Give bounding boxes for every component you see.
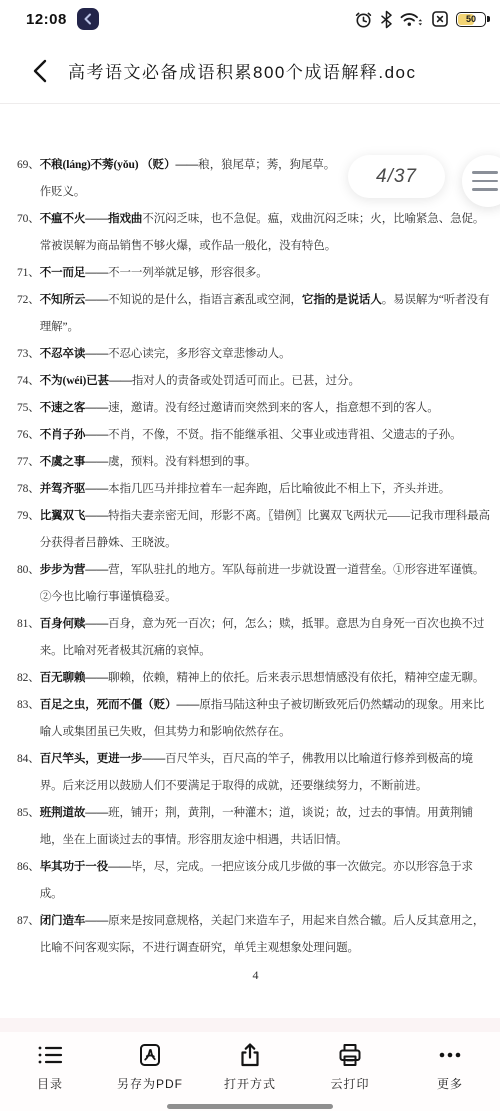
entry-text: 不知所云——不知说的是什么，指语言紊乱或空洞，它指的是说话人。易误解为“听者没有… (40, 287, 494, 341)
toolbar-label: 目录 (37, 1075, 63, 1092)
entry-text: 百足之虫，死而不僵（贬）——原指马陆这种虫子被切断致死后仍然蠕动的现象。用来比喻… (40, 692, 494, 746)
back-chevron-icon (31, 58, 48, 84)
clock-time: 12:08 (26, 11, 67, 28)
toolbar-item-save-as-pdf[interactable]: 另存为PDF (100, 1040, 200, 1092)
idiom-entry: 72、不知所云——不知说的是什么，指语言紊乱或空洞，它指的是说话人。易误解为“听… (17, 287, 494, 341)
app-badge-chevron-icon (77, 8, 99, 30)
toolbar-label: 另存为PDF (117, 1075, 183, 1092)
entry-text: 步步为营——营，军队驻扎的地方。军队每前进一步就设置一道营垒。①形容进军谨慎。②… (40, 557, 494, 611)
entry-number: 78、 (17, 476, 40, 503)
idiom-entry: 80、步步为营——营，军队驻扎的地方。军队每前进一步就设置一道营垒。①形容进军谨… (17, 557, 494, 611)
toolbar-label: 云打印 (330, 1075, 369, 1092)
idiom-entry: 70、不瘟不火——指戏曲不沉闷乏味，也不急促。瘟，戏曲沉闷乏味；火，比喻紧急、急… (17, 206, 494, 260)
entry-number: 77、 (17, 449, 40, 476)
entry-number: 86、 (17, 854, 40, 881)
open-with-icon (235, 1040, 265, 1070)
entry-number: 75、 (17, 395, 40, 422)
entry-text: 并驾齐驱——本指几匹马并排拉着车一起奔跑，后比喻彼此不相上下，齐头并进。 (40, 476, 494, 503)
idiom-entry: 82、百无聊赖——聊赖，依赖，精神上的依托。后来表示思想情感没有依托，精神空虚无… (17, 665, 494, 692)
idiom-entry: 71、不一而足——不一一列举就足够，形容很多。 (17, 260, 494, 287)
page-number: 4 (17, 968, 494, 983)
battery-percent: 50 (457, 13, 485, 26)
battery-icon: 50 (456, 12, 486, 27)
idiom-entry: 77、不虞之事——虞，预料。没有料想到的事。 (17, 449, 494, 476)
entry-text: 闭门造车——原来是按同意规格，关起门来造车子，用起来自然合辙。后人反其意用之，比… (40, 908, 494, 962)
idiom-entry: 83、百足之虫，死而不僵（贬）——原指马陆这种虫子被切断致死后仍然蠕动的现象。用… (17, 692, 494, 746)
entry-text: 百尺竿头，更进一步——百尺竿头，百尺高的竿子，佛教用以比喻道行修养到极高的境界。… (40, 746, 494, 800)
entry-number: 76、 (17, 422, 40, 449)
entries: 69、不稂(láng)不莠(yǒu) （贬）——稂，狼尾草；莠，狗尾草。没有作贬… (17, 152, 494, 962)
more-icon (435, 1040, 465, 1070)
entry-number: 71、 (17, 260, 40, 287)
entry-text: 百无聊赖——聊赖，依赖，精神上的依托。后来表示思想情感没有依托，精神空虚无聊。 (40, 665, 494, 692)
entry-text: 百身何赎——百身，意为死一百次；何，怎么；赎，抵罪。意思为自身死一百次也换不过来… (40, 611, 494, 665)
toolbar-item-open-with[interactable]: 打开方式 (200, 1040, 300, 1092)
entry-number: 80、 (17, 557, 40, 584)
entry-number: 82、 (17, 665, 40, 692)
idiom-entry: 78、并驾齐驱——本指几匹马并排拉着车一起奔跑，后比喻彼此不相上下，齐头并进。 (17, 476, 494, 503)
toc-icon (35, 1040, 65, 1070)
toolbar-top-band (0, 1018, 500, 1032)
idiom-entry: 76、不肖子孙——不肖，不像，不贤。指不能继承祖、父事业或违背祖、父遗志的子孙。 (17, 422, 494, 449)
idiom-entry: 73、不忍卒读——不忍心读完，多形容文章悲惨动人。 (17, 341, 494, 368)
toolbar-label: 更多 (437, 1075, 463, 1092)
cloud-print-icon (335, 1040, 365, 1070)
back-button[interactable] (26, 54, 52, 88)
entry-text: 比翼双飞——特指夫妻亲密无间，形影不离。〖错例〗比翼双飞两状元——记我市理科最高… (40, 503, 494, 557)
idiom-entry: 86、毕其功于一役——毕，尽，完成。一把应该分成几步做的事一次做完。亦以形容急于… (17, 854, 494, 908)
entry-number: 84、 (17, 746, 40, 773)
entry-text: 不忍卒读——不忍心读完，多形容文章悲惨动人。 (40, 341, 494, 368)
idiom-entry: 74、不为(wéi)已甚——指对人的责备或处罚适可而止。已甚，过分。 (17, 368, 494, 395)
status-bar: 12:08 (0, 0, 500, 38)
pdf-icon (135, 1040, 165, 1070)
entry-number: 73、 (17, 341, 40, 368)
page-indicator-text: 4/37 (376, 166, 417, 188)
entry-number: 69、 (17, 152, 40, 179)
idiom-entry: 85、班荆道故——班，铺开；荆，黄荆，一种灌木；道，谈说；故，过去的事情。用黄荆… (17, 800, 494, 854)
entry-text: 不为(wéi)已甚——指对人的责备或处罚适可而止。已甚，过分。 (40, 368, 494, 395)
entry-number: 81、 (17, 611, 40, 638)
entry-text: 不虞之事——虞，预料。没有料想到的事。 (40, 449, 494, 476)
alarm-icon (354, 10, 373, 29)
wifi-icon (400, 10, 424, 29)
entry-number: 79、 (17, 503, 40, 530)
entry-number: 74、 (17, 368, 40, 395)
sim-missing-icon (431, 10, 449, 28)
idiom-entry: 79、比翼双飞——特指夫妻亲密无间，形影不离。〖错例〗比翼双飞两状元——记我市理… (17, 503, 494, 557)
bottom-toolbar: 目录 另存为PDF 打开方式 云打印 更多 (0, 1032, 500, 1111)
entry-text: 不瘟不火——指戏曲不沉闷乏味，也不急促。瘟，戏曲沉闷乏味；火，比喻紧急、急促。常… (40, 206, 494, 260)
toolbar-item-more[interactable]: 更多 (400, 1040, 500, 1092)
toolbar-label: 打开方式 (224, 1075, 276, 1092)
document-page[interactable]: 69、不稂(láng)不莠(yǒu) （贬）——稂，狼尾草；莠，狗尾草。没有作贬… (0, 104, 500, 1040)
idiom-entry: 81、百身何赎——百身，意为死一百次；何，怎么；赎，抵罪。意思为自身死一百次也换… (17, 611, 494, 665)
home-indicator[interactable] (167, 1104, 333, 1109)
entry-number: 70、 (17, 206, 40, 233)
idiom-entry: 87、闭门造车——原来是按同意规格，关起门来造车子，用起来自然合辙。后人反其意用… (17, 908, 494, 962)
entry-number: 85、 (17, 800, 40, 827)
toolbar-item-toc[interactable]: 目录 (0, 1040, 100, 1092)
idiom-entry: 84、百尺竿头，更进一步——百尺竿头，百尺高的竿子，佛教用以比喻道行修养到极高的… (17, 746, 494, 800)
entry-text: 不肖子孙——不肖，不像，不贤。指不能继承祖、父事业或违背祖、父遗志的子孙。 (40, 422, 494, 449)
document-title: 高考语文必备成语积累800个成语解释.doc (68, 58, 417, 83)
entry-number: 72、 (17, 287, 40, 314)
bluetooth-icon (380, 10, 393, 29)
idiom-entry: 75、不速之客——速，邀请。没有经过邀请而突然到来的客人，指意想不到的客人。 (17, 395, 494, 422)
entry-number: 87、 (17, 908, 40, 935)
toolbar-item-cloud-print[interactable]: 云打印 (300, 1040, 400, 1092)
page-indicator-pill: 4/37 (348, 155, 445, 198)
entry-number: 83、 (17, 692, 40, 719)
title-bar: 高考语文必备成语积累800个成语解释.doc (0, 38, 500, 104)
entry-text: 不一而足——不一一列举就足够，形容很多。 (40, 260, 494, 287)
entry-text: 班荆道故——班，铺开；荆，黄荆，一种灌木；道，谈说；故，过去的事情。用黄荆铺地，… (40, 800, 494, 854)
entry-text: 不速之客——速，邀请。没有经过邀请而突然到来的客人，指意想不到的客人。 (40, 395, 494, 422)
entry-text: 毕其功于一役——毕，尽，完成。一把应该分成几步做的事一次做完。亦以形容急于求成。 (40, 854, 494, 908)
